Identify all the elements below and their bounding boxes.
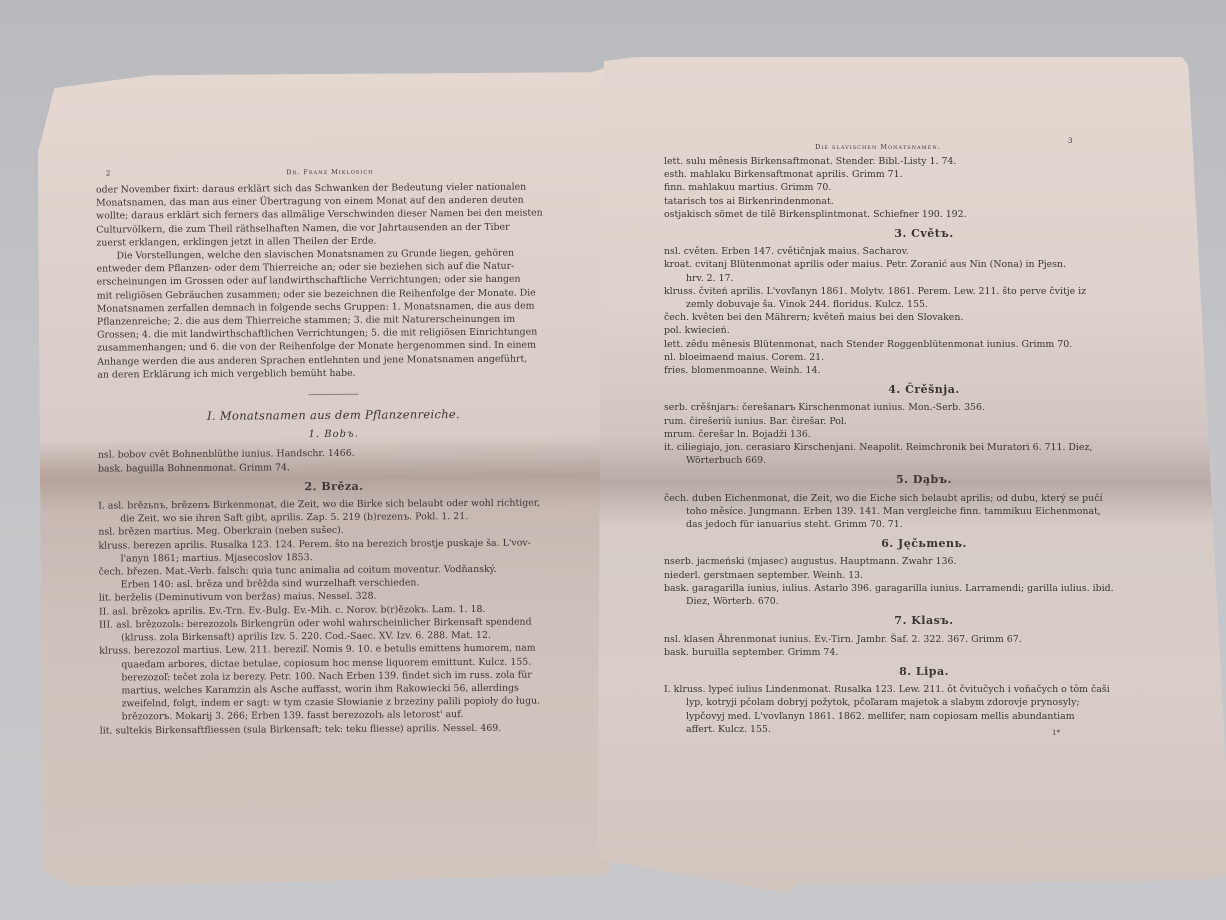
entry: kroat. cvitanj Blütenmonat aprilis oder … bbox=[664, 258, 1184, 271]
signature-mark: 1* bbox=[1052, 729, 1060, 737]
entry: mrum. čerešar ln. Bojadži 136. bbox=[664, 428, 1184, 441]
section-title: 6. Jęčьmenь. bbox=[664, 537, 1184, 550]
entry: lett. zêdu mênesis Blütenmonat, nach Ste… bbox=[664, 338, 1184, 351]
entry: I. klruss. lypeć iulius Lindenmonat. Rus… bbox=[664, 683, 1184, 696]
section-title: 3. Cvětъ. bbox=[664, 227, 1184, 240]
section-title: 7. Klasъ. bbox=[664, 614, 1184, 627]
entry: niederl. gerstmaen september. Weinh. 13. bbox=[664, 569, 1184, 582]
entry: pol. kwiecień. bbox=[664, 324, 1184, 337]
entry: nserb. jacmeński (mjasec) augustus. Haup… bbox=[664, 555, 1184, 568]
section-title: 5. Dąbъ. bbox=[664, 473, 1184, 486]
section-title: 1. Bobъ. bbox=[98, 427, 570, 443]
entry: lit. sultekis Birkensaftfliessen (sula B… bbox=[100, 721, 572, 737]
entry: nsl. cvěten. Erben 147. cvětičnjak maius… bbox=[664, 245, 1184, 258]
entry: bask. buruilla september. Grimm 74. bbox=[664, 646, 1184, 659]
entry: lett. sulu mênesis Birkensaftmonat. Sten… bbox=[664, 155, 1184, 168]
entry: serb. crěšnjarъ: čerešanarъ Kirschenmona… bbox=[664, 401, 1184, 414]
section-title: 8. Lipa. bbox=[664, 665, 1184, 678]
entries-column: lett. sulu mênesis Birkensaftmonat. Sten… bbox=[664, 155, 1184, 736]
left-page: 2 Dr. Franz Miklosich oder November fixi… bbox=[37, 68, 613, 887]
right-page: 3 Die slavischen Monatsnamen. lett. sulu… bbox=[598, 57, 1226, 893]
running-head: Dr. Franz Miklosich bbox=[100, 164, 560, 180]
entry: rum. čirešeriŭ iunius. Bar. čirešar. Pol… bbox=[664, 415, 1184, 428]
entry: esth. mahlaku Birkensaftmonat aprilis. G… bbox=[664, 168, 1184, 181]
section-title: 2. Brěza. bbox=[98, 478, 570, 494]
entry: bask. baguilla Bohnenmonat. Grimm 74. bbox=[98, 459, 570, 475]
entry: klruss. čviteń aprilis. L'vovľanyn 1861.… bbox=[664, 285, 1184, 298]
entry: čech. květen bei den Mährern; květeň mai… bbox=[664, 311, 1184, 324]
entry: bask. garagarilla iunius, iulius. Astarl… bbox=[664, 582, 1184, 595]
entry: it. ciliegiajo, jon. cerasiaro Kirschenj… bbox=[664, 441, 1184, 454]
running-head: Die slavischen Monatsnamen. bbox=[668, 141, 1088, 154]
entry: tatarisch tos ai Birkenrindenmonat. bbox=[664, 195, 1184, 208]
intro-paragraph: oder November fixirt: daraus erklärt sic… bbox=[96, 180, 572, 737]
entry: finn. mahlakuu martius. Grimm 70. bbox=[664, 181, 1184, 194]
chapter-title: I. Monatsnamen aus dem Pflanzenreiche. bbox=[98, 407, 570, 423]
section-title: 4. Črěšnja. bbox=[664, 383, 1184, 396]
entry: čech. duben Eichenmonat, die Zeit, wo di… bbox=[664, 492, 1184, 505]
divider bbox=[308, 394, 358, 395]
entry: nl. bloeimaend maius. Corem. 21. bbox=[664, 351, 1184, 364]
entry: nsl. klasen Ährenmonat iunius. Ev.-Tirn.… bbox=[664, 633, 1184, 646]
entry: fries. blomenmoanne. Weinh. 14. bbox=[664, 364, 1184, 377]
entry: ostjakisch sömet de tilě Birkensplintmon… bbox=[664, 208, 1184, 221]
